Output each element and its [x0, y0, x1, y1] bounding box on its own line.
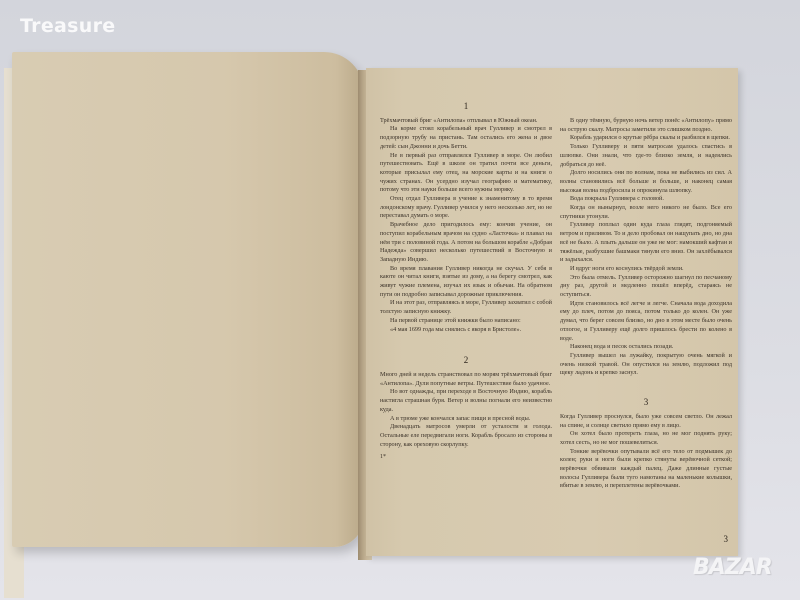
- paragraph: На корме стоял корабельный врач Гулливер…: [380, 125, 552, 151]
- paragraph: Тонкие верёвочки опутывали всё его тело …: [560, 448, 732, 492]
- signature-mark: 1*: [380, 453, 552, 462]
- left-page-blank: [12, 52, 364, 547]
- paragraph: И на этот раз, отправляясь в море, Гулли…: [380, 299, 552, 316]
- bazar-logo: BAZAR: [693, 555, 772, 580]
- chapter-number-1: 1: [380, 102, 552, 111]
- paragraph: «4 мая 1699 года мы снялись с якоря в Бр…: [380, 326, 552, 335]
- paragraph: Не в первый раз отправлялся Гулливер в м…: [380, 152, 552, 196]
- paragraph: Отец отдал Гулливера в учение к знаменит…: [380, 195, 552, 221]
- chapter-number-3: 3: [560, 398, 732, 407]
- paragraph: Только Гулливеру и пяти матросам удалось…: [560, 143, 732, 169]
- paragraph: Корабль ударился о крутые рёбра скалы и …: [560, 134, 732, 143]
- paragraph: На первой странице этой книжки было напи…: [380, 317, 552, 326]
- right-page: 1 Трёхмачтовый бриг «Антилопа» отплывал …: [366, 68, 738, 556]
- paragraph: Двенадцать матросов умерли от усталости …: [380, 423, 552, 449]
- paragraph: Трёхмачтовый бриг «Антилопа» отплывал в …: [380, 117, 552, 126]
- paragraph: Но вот однажды, при переходе в Восточную…: [380, 388, 552, 414]
- treasure-watermark: Treasure: [20, 15, 115, 37]
- paragraph: Врачебное дело пригодилось ему: кончив у…: [380, 221, 552, 265]
- paragraph: И вдруг ноги его коснулись твёрдой земли…: [560, 265, 732, 274]
- paragraph: В одну тёмную, бурную ночь ветер понёс «…: [560, 117, 732, 134]
- paragraph: Наконец вода и песок остались позади.: [560, 343, 732, 352]
- page-number: 3: [724, 534, 729, 544]
- paragraph: Когда он вынырнул, возле него никого не …: [560, 204, 732, 221]
- chapter-number-2: 2: [380, 356, 552, 365]
- paragraph: Он хотел было протереть глаза, но не мог…: [560, 430, 732, 447]
- right-column: В одну тёмную, бурную ночь ветер понёс «…: [560, 102, 732, 491]
- paragraph: Во время плавания Гулливер никогда не ск…: [380, 265, 552, 300]
- paragraph: Гулливер поплыл один куда глаза глядят, …: [560, 221, 732, 265]
- paragraph: Гулливер вышел на лужайку, покрытую очен…: [560, 352, 732, 378]
- text-area: 1 Трёхмачтовый бриг «Антилопа» отплывал …: [380, 102, 732, 522]
- paragraph: Идти становилось всё легче и легче. Снач…: [560, 300, 732, 344]
- paragraph: А в трюме уже кончался запас пищи и прес…: [380, 415, 552, 424]
- paragraph: Вода покрыла Гулливера с головой.: [560, 195, 732, 204]
- left-column: 1 Трёхмачтовый бриг «Антилопа» отплывал …: [380, 102, 552, 462]
- paragraph: Когда Гулливер проснулся, было уже совсе…: [560, 413, 732, 430]
- paragraph: Много дней и недель странствовал по моря…: [380, 371, 552, 388]
- paragraph: Долго носились они по волнам, пока не вы…: [560, 169, 732, 195]
- paragraph: Это была отмель. Гулливер осторожно шагн…: [560, 274, 732, 300]
